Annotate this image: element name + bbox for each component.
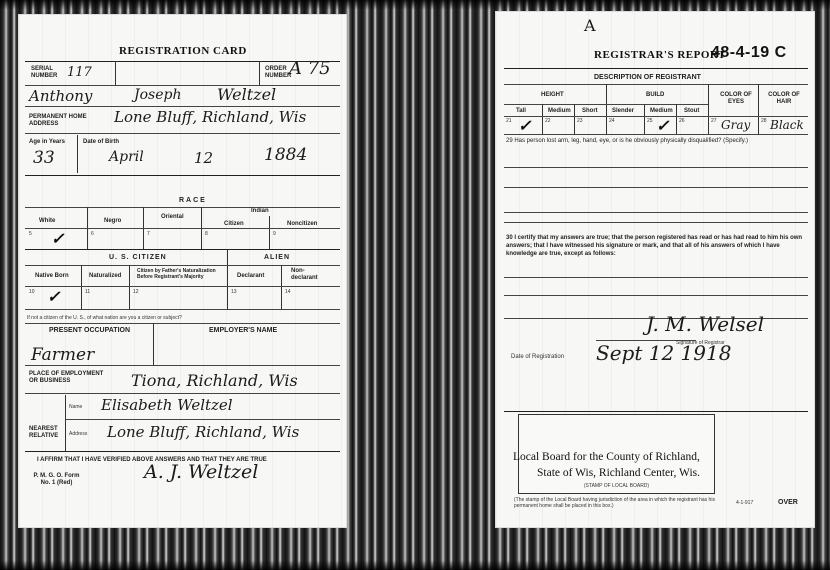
height-medium: Medium <box>548 108 571 115</box>
declarant-header: Declarant <box>237 273 264 280</box>
serial-number-label: SERIAL NUMBER <box>31 66 61 80</box>
race-noncitizen-header: Noncitizen <box>287 221 317 228</box>
dob-day: 12 <box>194 149 213 167</box>
occupation-value: Farmer <box>31 345 94 365</box>
height-tall: Tall <box>516 108 526 115</box>
eye-color: Gray <box>721 118 750 132</box>
race-oriental-header: Oriental <box>161 214 184 221</box>
eyes-label: COLOR OF EYES <box>718 92 754 106</box>
nearest-relative-name-label: Name <box>69 404 82 410</box>
race-negro-header: Negro <box>104 218 121 225</box>
description-title: DESCRIPTION OF REGISTRANT <box>594 74 701 81</box>
middle-name: Joseph <box>134 87 182 103</box>
employer-label: EMPLOYER'S NAME <box>209 327 277 334</box>
registration-date: Sept 12 1918 <box>596 341 731 365</box>
permanent-home: Lone Bluff, Richland, Wis <box>114 108 306 126</box>
card-title: REGISTRATION CARD <box>119 45 247 57</box>
native-born-checkmark: ✓ <box>47 287 60 306</box>
corner-mark: A <box>584 16 596 35</box>
nearest-relative-label: NEAREST RELATIVE <box>29 426 63 440</box>
stamp-line-1: Local Board for the County of Richland, <box>513 451 723 463</box>
registrar-signature: J. M. Welsel <box>646 312 764 336</box>
first-name: Anthony <box>29 87 92 105</box>
nearest-relative-name: Elisabeth Weltzel <box>101 396 233 414</box>
place-of-employment: Tiona, Richland, Wis <box>131 371 298 390</box>
height-short: Short <box>582 108 598 115</box>
order-number: A 75 <box>289 58 331 79</box>
race-white-header: White <box>39 218 55 225</box>
certification-30: 30 I certify that my answers are true; t… <box>506 234 806 258</box>
local-board-stamp-box: Local Board for the County of Richland, … <box>518 414 715 494</box>
report-code: 48-4-19 C <box>711 44 787 62</box>
dob-year: 1884 <box>264 145 307 165</box>
nearest-relative-address-label: Address <box>69 431 87 437</box>
build-medium-checkmark: ✓ <box>656 116 669 135</box>
over-label: OVER <box>778 499 798 506</box>
serial-number: 117 <box>67 65 92 80</box>
place-of-employment-label: PLACE OF EMPLOYMENT OR BUSINESS <box>29 371 109 385</box>
registrars-report-card: A REGISTRAR'S REPORT 48-4-19 C DESCRIPTI… <box>496 12 814 527</box>
citizen-of-nation-label: If not a citizen of the U. S., of what n… <box>27 315 227 321</box>
race-indian-label: Indian <box>251 208 269 215</box>
alien-title: ALIEN <box>264 254 290 261</box>
race-white-checkmark: ✓ <box>51 229 64 248</box>
stamp-line-2: State of Wis, Richland Center, Wis. <box>521 467 716 479</box>
question-29: 29 Has person lost arm, leg, hand, eye, … <box>506 138 806 145</box>
race-citizen-header: Citizen <box>224 221 244 228</box>
report-title: REGISTRAR'S REPORT <box>594 49 726 61</box>
height-label: HEIGHT <box>541 92 564 99</box>
registration-card: REGISTRATION CARD SERIAL NUMBER 117 ORDE… <box>19 15 346 527</box>
last-name: Weltzel <box>217 85 276 104</box>
height-tall-checkmark: ✓ <box>518 116 531 135</box>
build-label: BUILD <box>646 92 664 99</box>
date-label: Date of Registration <box>511 354 564 360</box>
age-label: Age in Years <box>29 139 65 146</box>
occupation-label: PRESENT OCCUPATION <box>49 327 130 334</box>
footer-code: 4-1-917 <box>736 500 753 506</box>
stamp-note: (The stamp of the Local Board having jur… <box>514 497 719 509</box>
nearest-relative-address: Lone Bluff, Richland, Wis <box>107 423 299 441</box>
dob-month: April <box>109 149 144 165</box>
build-slender: Slender <box>612 108 634 115</box>
dob-label: Date of Birth <box>83 139 119 146</box>
permanent-home-label: PERMANENT HOME ADDRESS <box>29 114 99 128</box>
stamp-caption: (STAMP OF LOCAL BOARD) <box>519 483 714 489</box>
build-stout: Stout <box>684 108 699 115</box>
form-label: P. M. G. O. Form No. 1 (Red) <box>29 473 84 487</box>
race-title: RACE <box>179 197 207 204</box>
hair-label: COLOR OF HAIR <box>764 92 804 106</box>
build-medium: Medium <box>650 108 673 115</box>
registrant-signature: A. J. Weltzel <box>144 461 258 483</box>
age-value: 33 <box>33 148 55 168</box>
native-born-header: Native Born <box>35 273 69 280</box>
us-citizen-title: U. S. CITIZEN <box>109 254 167 261</box>
citizen-by-father-header: Citizen by Father's Naturalization Befor… <box>137 268 225 280</box>
non-declarant-header: Non-declarant <box>291 268 331 282</box>
hair-color: Black <box>770 118 804 132</box>
naturalized-header: Naturalized <box>89 273 121 280</box>
order-number-label: ORDER NUMBER <box>265 66 291 80</box>
